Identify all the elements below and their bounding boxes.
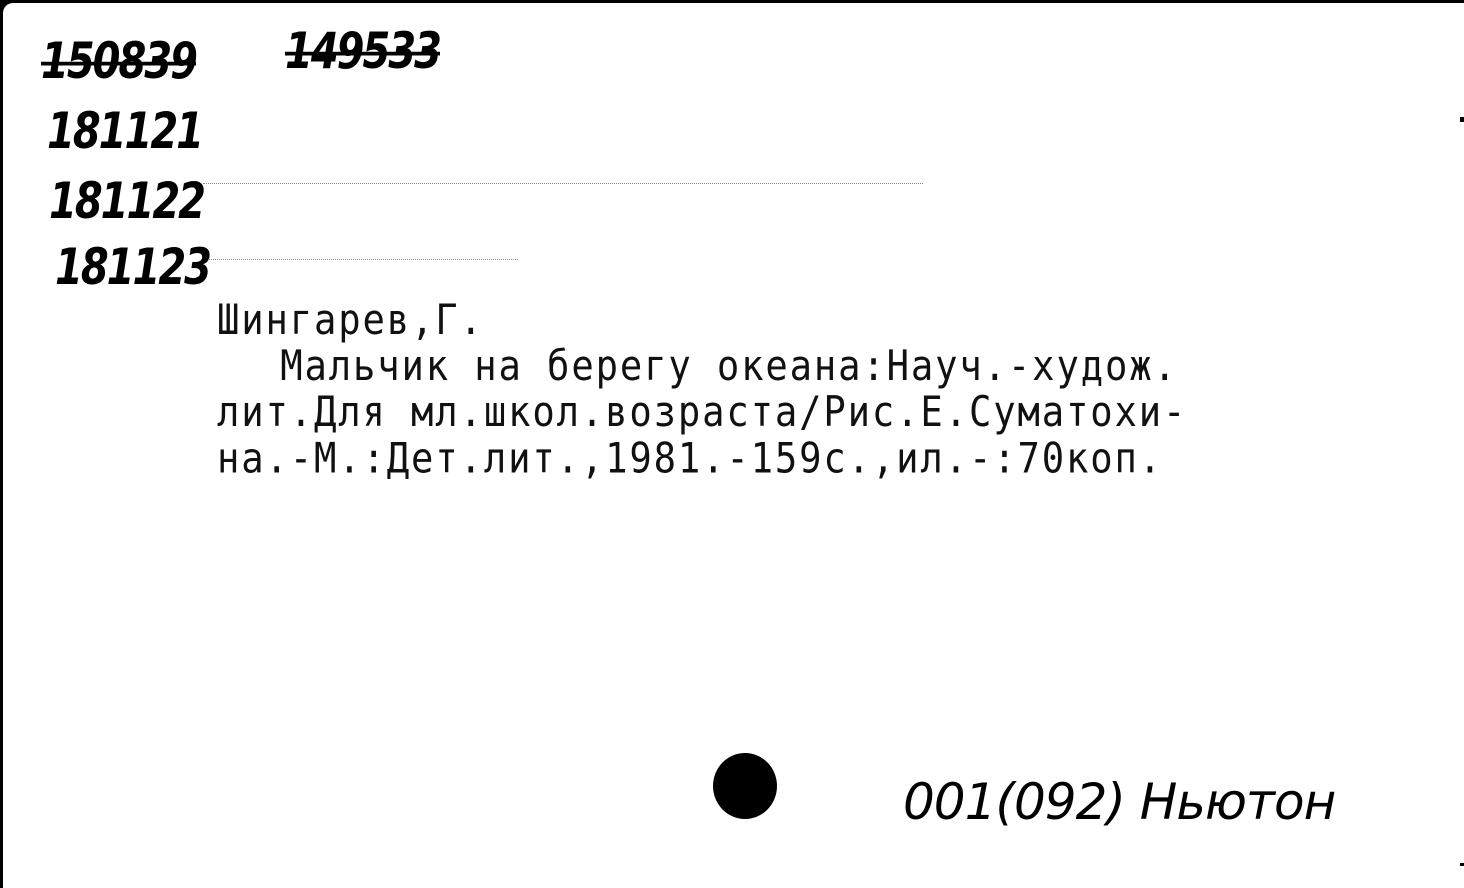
accession-number-struck-2: 149533 <box>285 23 440 81</box>
accession-number-1: 181121 <box>47 103 202 161</box>
author-heading: Шингарев,Г. <box>217 297 1187 343</box>
description-line: лит.Для мл.школ.возраста/Рис.Е.Суматохи- <box>217 389 1187 435</box>
accession-number-struck-1: 150839 <box>41 33 196 91</box>
accession-number-3: 181123 <box>55 239 210 297</box>
ruled-line <box>208 259 518 260</box>
punch-hole <box>713 753 777 819</box>
title-line: Мальчик на берегу океана:Науч.-худож. <box>217 343 1187 389</box>
edge-mark <box>1460 863 1464 866</box>
catalog-card: 150839 149533 181121 181122 181123 Шинга… <box>3 3 1464 888</box>
imprint-line: на.-М.:Дет.лит.,1981.-159с.,ил.-:70коп. <box>217 436 1187 482</box>
ruled-line <box>203 183 923 184</box>
edge-mark <box>1460 117 1464 122</box>
bibliographic-entry: Шингарев,Г. Мальчик на берегу океана:Нау… <box>217 297 1187 482</box>
accession-number-2: 181122 <box>49 173 204 231</box>
classification-mark: 001(092) Ньютон <box>903 773 1335 831</box>
